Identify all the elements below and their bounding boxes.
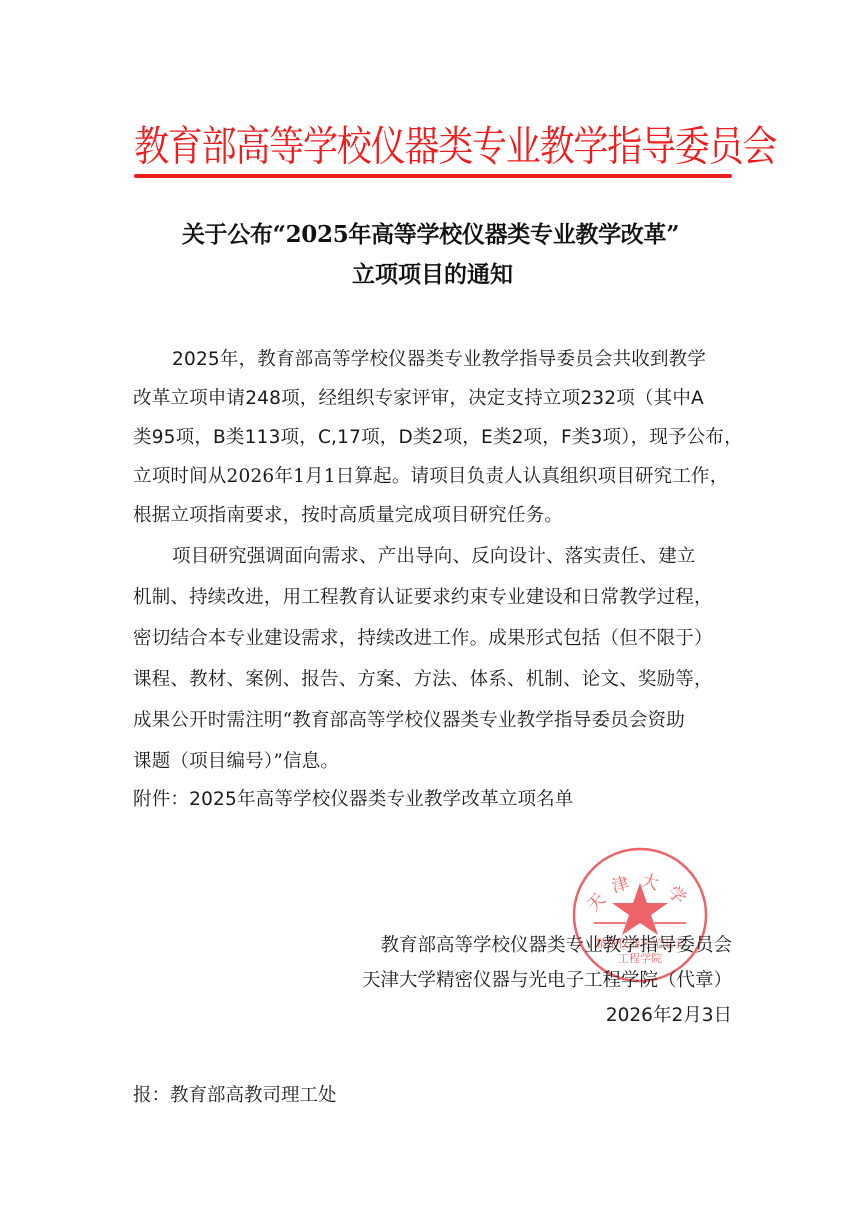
attachment-line: 附件：2025年高等学校仪器类专业教学改革立项名单 (133, 788, 574, 812)
masthead-organization: 教育部高等学校仪器类专业教学指导委员会 (134, 112, 732, 183)
paragraph-2-line: 成果公开时需注明“教育部高等学校仪器类专业教学指导委员会资助 (133, 709, 685, 733)
paragraph-1-line: 根据立项指南要求，按时高质量完成项目研究任务。 (133, 504, 563, 528)
signature-committee: 教育部高等学校仪器类专业教学指导委员会 (380, 934, 732, 958)
notice-title-line-2: 立项项目的通知 (0, 256, 865, 289)
paragraph-2-line: 课程、教材、案例、报告、方案、方法、体系、机制、论文、奖励等， (133, 668, 713, 692)
signature-date: 2026年2月3日 (606, 1004, 732, 1028)
paragraph-2-line: 课题（项目编号）”信息。 (133, 750, 339, 774)
paragraph-1-line: 改革立项申请248项，经组织专家评审，决定支持立项232项（其中A (133, 387, 704, 411)
paragraph-2-line: 项目研究强调面向需求、产出导向、反向设计、落实责任、建立 (172, 545, 696, 569)
notice-title-line-1: 关于公布“2025年高等学校仪器类专业教学改革” (0, 216, 863, 249)
svg-text:天津大学: 天津大学 (584, 871, 697, 916)
official-seal-icon: 天津大学 精密仪器与光电子 工程学院 (570, 845, 710, 985)
document-page: 教育部高等学校仪器类专业教学指导委员会 关于公布“2025年高等学校仪器类专业教… (0, 0, 865, 1224)
paragraph-1-line: 2025年，教育部高等学校仪器类专业教学指导委员会共收到教学 (172, 348, 706, 372)
paragraph-2-line: 密切结合本专业建设需求，持续改进工作。成果形式包括（但不限于） (133, 627, 713, 651)
seal-top-text: 天津大学 (584, 871, 697, 916)
paragraph-1-line: 立项时间从2026年1月1日算起。请项目负责人认真组织项目研究工作， (133, 465, 728, 489)
signature-agent: 天津大学精密仪器与光电子工程学院（代章） (362, 969, 732, 993)
masthead-red-rule (134, 174, 732, 178)
report-to-line: 报：教育部高教司理工处 (133, 1084, 337, 1108)
paragraph-1-line: 类95项，B类113项，C,17项，D类2项，E类2项，F类3项），现予公布， (133, 426, 743, 450)
paragraph-2-line: 机制、持续改进，用工程教育认证要求约束专业建设和日常教学过程， (133, 586, 713, 610)
